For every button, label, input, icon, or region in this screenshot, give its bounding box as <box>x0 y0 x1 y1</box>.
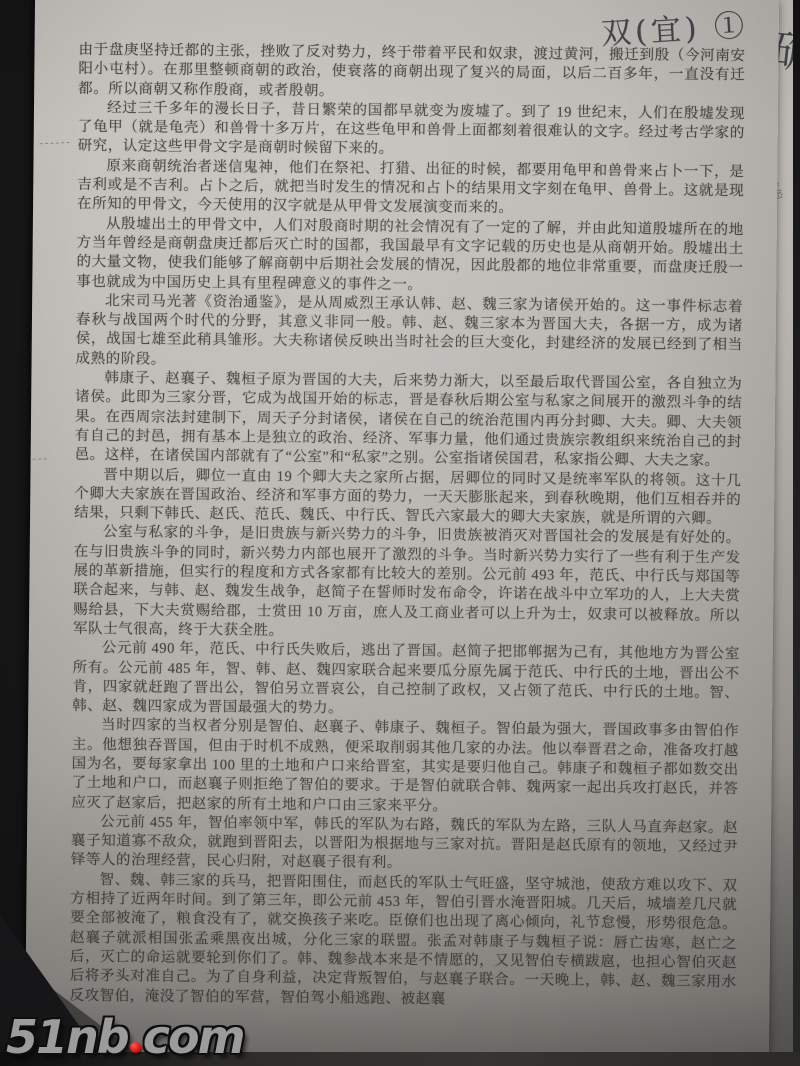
paragraph-1: 由于盘庚坚持迁都的主张，挫败了反对势力，终于带着平民和奴隶，渡过黄河，搬迁到殷（… <box>78 41 746 105</box>
watermark-red-dot-icon <box>130 1042 141 1053</box>
paragraph-10: 当时四家的当权者分别是智伯、赵襄子、韩康子、魏桓子。智伯最为强大，晋国政事多由智… <box>71 716 739 819</box>
paragraph-12: 智、魏、韩三家的兵马，把晋阳围住，而赵氏的军队士气旺盛，坚守城池，使敌方难以攻下… <box>69 871 737 1012</box>
paragraph-4: 从殷墟出土的甲骨文中，人们对殷商时期的社会情况有了一定的了解，并由此知道殷墟所在… <box>76 215 744 299</box>
paragraph-9: 公元前 490 年，范氏、中行氏失败后，逃出了晋国。赵简子把邯郸据为己有，其他地… <box>72 639 740 723</box>
paragraph-2: 经过三千多年的漫长日子，昔日繁荣的国都早就变为废墟了。到了 19 世纪末，人们在… <box>78 99 746 163</box>
watermark-text-right: com <box>143 1010 244 1064</box>
paragraph-7: 晋中期以后，卿位一直由 19 个卿大夫之家所占据，居卿位的同时又是统率军队的将领… <box>74 465 742 529</box>
photo-right-edge-shadow <box>793 0 800 1066</box>
handwritten-annotation: 双(宜) ① <box>600 0 749 53</box>
paragraph-6: 韩康子、赵襄子、魏桓子原为晋国的大夫，后来势力渐大，以至最后取代晋国公室，各自独… <box>75 369 743 472</box>
watermark: 51nbcom <box>6 1014 244 1060</box>
photo-background: 确 确的 双(宜) ① 由于盘庚坚持迁都的主张，挫败了反对势力，终于带着平民和奴… <box>0 0 800 1066</box>
watermark-text-left: 51nb <box>6 1010 128 1064</box>
paragraph-3: 原来商朝统治者迷信鬼神，他们在祭祀、打猎、出征的时候，都要用龟甲和兽骨来占卜一下… <box>77 157 745 221</box>
document-text: 由于盘庚坚持迁都的主张，挫败了反对势力，终于带着平民和奴隶，渡过黄河，搬迁到殷（… <box>25 0 779 1012</box>
paragraph-8: 公室与私家的斗争，是旧贵族与新兴势力的斗争，旧贵族被消灭对晋国社会的发展是有好处… <box>73 523 741 645</box>
document-page: 双(宜) ① 由于盘庚坚持迁都的主张，挫败了反对势力，终于带着平民和奴隶，渡过黄… <box>25 0 779 1062</box>
paragraph-5: 北宋司马光著《资治通鉴》，是从周威烈王承认韩、赵、魏三家为诸侯开始的。这一事件标… <box>75 292 743 376</box>
paragraph-11: 公元前 455 年，智伯率领中军，韩氏的军队为右路，魏氏的军队为左路，三队人马直… <box>71 813 739 877</box>
